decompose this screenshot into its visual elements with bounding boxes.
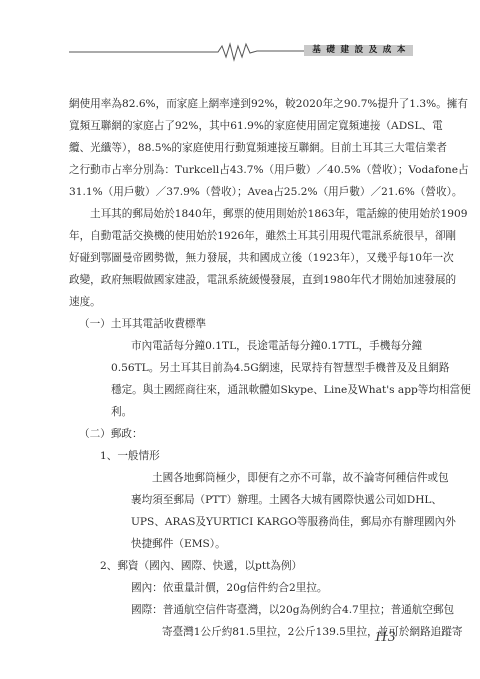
- text-line: 0.56TL。另土耳其目前為4.5G網速，民眾持有智慧型手機普及及且網路: [69, 357, 411, 379]
- paragraph-1: 網使用率為82.6%，而家庭上網率達到92%，較2020年之90.7%提升了1.…: [69, 93, 411, 203]
- section-heading: （二）郵政：: [69, 423, 411, 445]
- text-line: 穩定。與土國經商往來，通訊軟體如Skype、Line及What's app等均相…: [69, 379, 411, 401]
- text-line: 土國各地郵筒極少，即便有之亦不可靠，故不論寄何種信件或包: [69, 467, 411, 489]
- text-line: 好碰到鄂圖曼帝國勢微，無力發展，共和國成立後（1923年），又幾乎每10年一次: [69, 247, 411, 269]
- text-line: 寬頻互聯網的家庭占了92%，其中61.9%的家庭使用固定寬頻連接（ADSL、電: [69, 115, 411, 137]
- text-line: 國際：普通航空信件寄臺灣，以20g為例約合4.7里拉；普通航空郵包: [69, 599, 411, 621]
- text-line: 國內：依重量計價，20g信件約合2里拉。: [69, 577, 411, 599]
- text-line: 網使用率為82.6%，而家庭上網率達到92%，較2020年之90.7%提升了1.…: [69, 93, 411, 115]
- section-title: 基礎建設及成本: [304, 45, 413, 56]
- text-line: UPS、ARAS及YURTICI KARGO等服務尚佳，郵局亦有辦理國內外: [69, 511, 411, 533]
- section-phone-rates: （一）土耳其電話收費標準 市內電話每分鐘0.1TL，長途電話每分鐘0.17TL，…: [69, 313, 411, 423]
- text-line: 利。: [69, 401, 411, 423]
- text-line: 政變，政府無暇做國家建設，電訊系統緩慢發展，直到1980年代才開始加速發展的: [69, 269, 411, 291]
- header-zigzag-rule-icon: [0, 0, 480, 70]
- text-line: 裹均須至郵局（PTT）辦理。土國各大城有國際快遞公司如DHL、: [69, 489, 411, 511]
- text-line: 速度。: [69, 291, 411, 313]
- page-body: 網使用率為82.6%，而家庭上網率達到92%，較2020年之90.7%提升了1.…: [69, 93, 411, 643]
- subsection-heading: 1、一般情形: [69, 445, 411, 467]
- text-line: 土耳其的郵局始於1840年，郵票的使用則始於1863年，電話線的使用始於1909: [69, 203, 411, 225]
- subsection-heading: 2、郵資（國內、國際、快遞，以ptt為例）: [69, 555, 411, 577]
- text-line: 纜、光纖等），88.5%的家庭使用行動寬頻連接互聯網。目前土耳其三大電信業者: [69, 137, 411, 159]
- section-postal: （二）郵政： 1、一般情形 土國各地郵筒極少，即便有之亦不可靠，故不論寄何種信件…: [69, 423, 411, 643]
- text-line: 市內電話每分鐘0.1TL，長途電話每分鐘0.17TL，手機每分鐘: [69, 335, 411, 357]
- text-line: 年，自動電話交換機的使用始於1926年，雖然土耳其引用現代電訊系統很早，卻剛: [69, 225, 411, 247]
- text-line: 之行動市占率分別為：Turkcell占43.7%（用戶數）／40.5%（營收）；…: [69, 159, 411, 181]
- page-number: 113: [374, 629, 395, 646]
- section-heading: （一）土耳其電話收費標準: [69, 313, 411, 335]
- paragraph-2: 土耳其的郵局始於1840年，郵票的使用則始於1863年，電話線的使用始於1909…: [69, 203, 411, 313]
- text-line: 寄臺灣1公斤約81.5里拉，2公斤139.5里拉，並可於網路追蹤寄: [69, 621, 411, 643]
- text-line: 快捷郵件（EMS）。: [69, 533, 411, 555]
- running-header: 基礎建設及成本: [0, 0, 480, 70]
- text-line: 31.1%（用戶數）／37.9%（營收）；Avea占25.2%（用戶數）／21.…: [69, 181, 411, 203]
